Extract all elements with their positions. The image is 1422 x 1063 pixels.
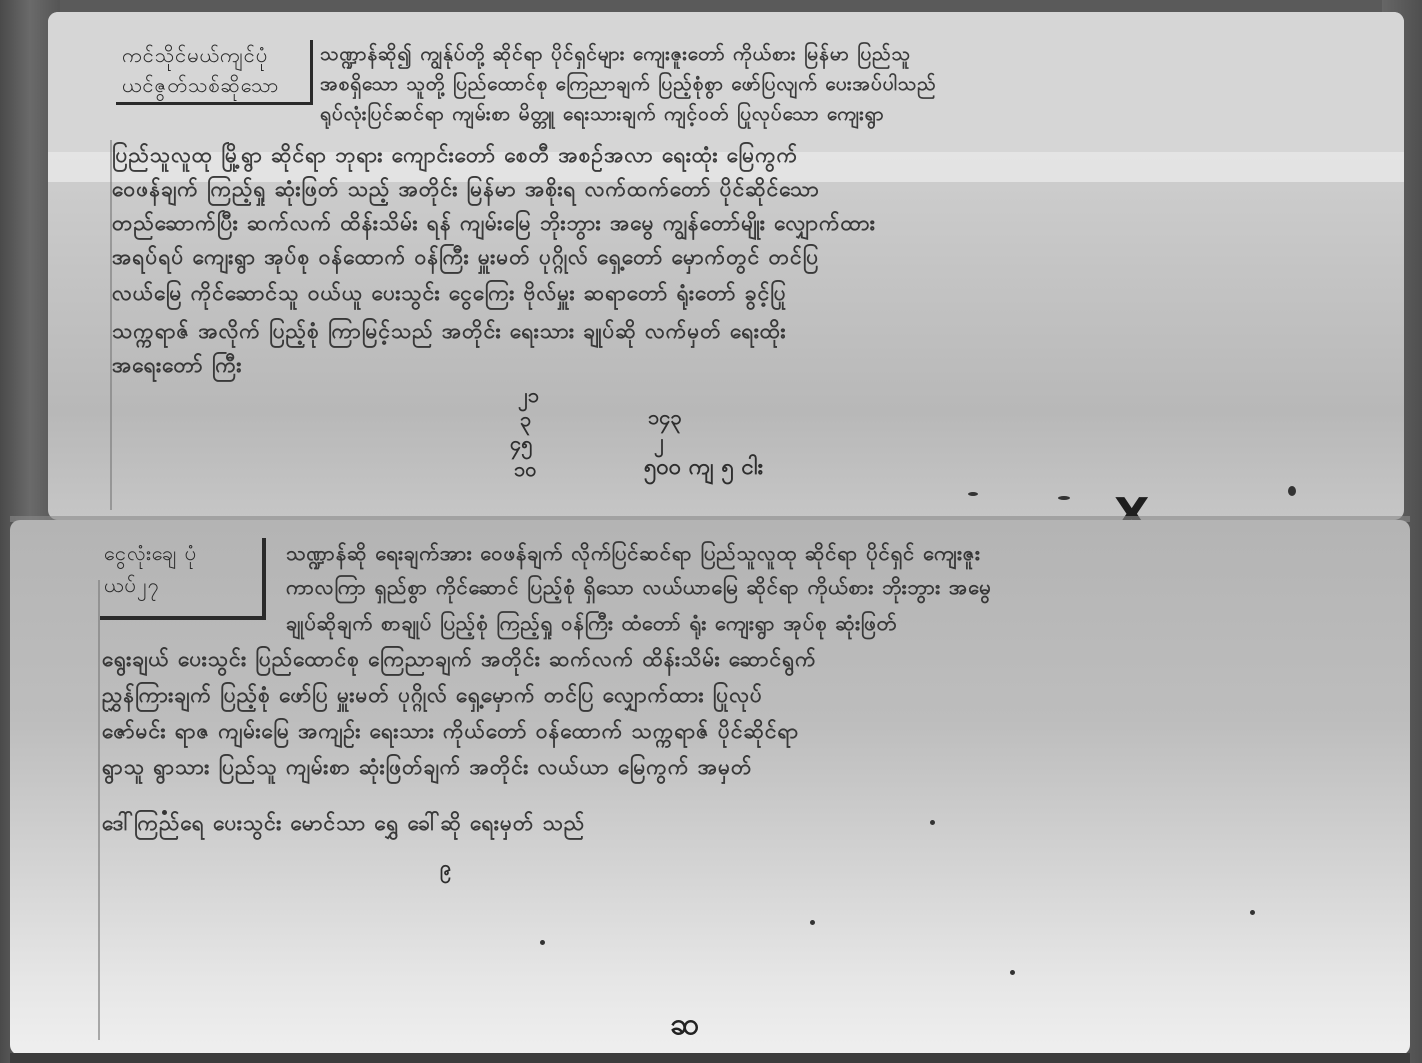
section-title-line: ငွေလုံးချေ ပုံ <box>104 540 197 570</box>
manuscript-line: ဒေါ်ကြည်ရေ ပေးသွင်း မောင်သာ ရွှေ ခေါ်ဆို… <box>102 810 585 841</box>
numeral: ၁၀ <box>514 456 537 486</box>
manuscript-line: အစရှိသော သူတို့ ပြည်ထောင်စု ကြေညာချက် ပြ… <box>320 72 937 100</box>
section-title-line: ယပ်၂၇ <box>104 572 160 602</box>
background-top-edge <box>0 0 1422 12</box>
manuscript-line: ဇော်မင်း ရာဇ ကျမ်းမြေ အကျဉ်း ရေးသား ကိုယ… <box>102 718 799 749</box>
numeral: ၅၀၀ ကျ ၅ ငါး <box>644 452 763 485</box>
manuscript-bottom-panel: ငွေလုံးချေ ပုံ ယပ်၂၇ သဏ္ဍာန်ဆို ရေးချက်အ… <box>10 520 1410 1055</box>
ink-spot <box>1010 970 1015 975</box>
ink-spot <box>162 810 167 815</box>
manuscript-top-panel: ကင်သိုင်မယ်ကျင်ပုံ ယင်ဇွတ်သစ်ဆိုသော သဏ္ဍ… <box>48 12 1404 520</box>
ink-spot <box>930 820 935 825</box>
manuscript-line: သဏ္ဍာန်ဆို၍ ကျွန်ုပ်တို့ ဆိုင်ရာ ပိုင်ရှ… <box>320 42 911 70</box>
ink-mark <box>1058 496 1070 500</box>
manuscript-line: ပြည်သူလူထု မြို့ရွာ ဆိုင်ရာ ဘုရား ကျောင်… <box>112 142 798 173</box>
manuscript-line: သဏ္ဍာန်ဆို ရေးချက်အား ဝေဖန်ချက် လိုက်ပြင… <box>286 540 981 570</box>
ink-spot <box>540 940 545 945</box>
manuscript-line: ညွှန်ကြားချက် ပြည့်စုံ ဖော်ပြ မှူးမတ် ပု… <box>102 682 763 713</box>
ink-spot <box>810 920 815 925</box>
ink-mark <box>1288 486 1296 496</box>
manuscript-line: အရပ်ရပ် ကျေးရွာ အုပ်စု ဝန်ထောက် ဝန်ကြီး … <box>112 244 819 275</box>
manuscript-line: ချုပ်ဆိုချက် စာချုပ် ပြည့်စုံ ကြည့်ရှု ဝ… <box>286 610 897 640</box>
manuscript-line: ရုပ်လုံးပြင်ဆင်ရာ ကျမ်းစာ မိတ္တူ ရေးသားခ… <box>320 102 884 130</box>
section-title-line: ယင်ဇွတ်သစ်ဆိုသော <box>122 72 279 102</box>
manuscript-line: သက္ကရာဇ် အလိုက် ပြည့်စုံ ကြာမြင့်သည် အတိ… <box>112 318 786 349</box>
ink-stamp: ဆ <box>670 1004 699 1049</box>
manuscript-line: ဝေဖန်ချက် ကြည့်ရှု ဆုံးဖြတ် သည့် အတိုင်း… <box>112 176 820 207</box>
ink-spot <box>1250 910 1255 915</box>
ink-mark <box>968 492 978 496</box>
manuscript-line: ရွာသူ ရွာသား ပြည်သူ ကျမ်းစာ ဆုံးဖြတ်ချက်… <box>102 754 752 785</box>
footer-numeral: ၉ <box>440 854 451 884</box>
manuscript-line: အရေးတော် ကြီး <box>112 352 242 383</box>
sheet-bottom-edge <box>10 1053 1410 1063</box>
manuscript-line: လယ်မြေ ကိုင်ဆောင်သူ ဝယ်ယူ ပေးသွင်း ငွေကြ… <box>112 280 787 311</box>
manuscript-line: တည်ဆောက်ပြီး ဆက်လက် ထိန်းသိမ်း ရန် ကျမ်း… <box>112 210 876 241</box>
left-margin-rule <box>98 580 100 1040</box>
manuscript-line: ကာလကြာ ရှည်စွာ ကိုင်ဆောင် ပြည့်စုံ ရှိသေ… <box>286 574 992 604</box>
manuscript-line: ရွေးချယ် ပေးသွင်း ပြည်ထောင်စု ကြေညာချက် … <box>102 646 817 677</box>
section-title-line: ကင်သိုင်မယ်ကျင်ပုံ <box>122 42 268 72</box>
